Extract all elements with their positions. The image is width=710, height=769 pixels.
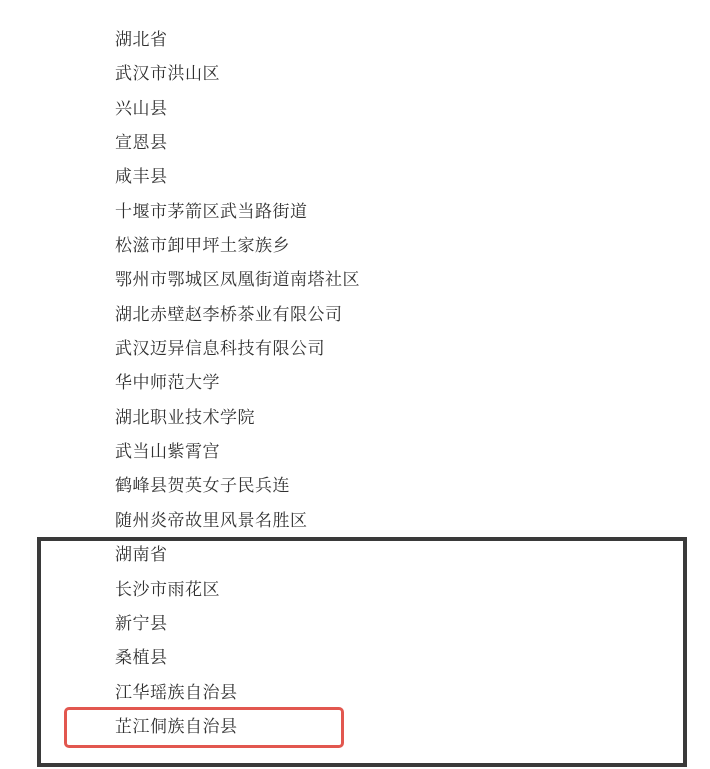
list-item: 新宁县 [0,607,710,641]
list-item: 松滋市卸甲坪土家族乡 [0,229,710,263]
list-item: 鄂州市鄂城区凤凰街道南塔社区 [0,263,710,297]
list-item: 长沙市雨花区 [0,573,710,607]
list-item: 武汉市洪山区 [0,57,710,91]
list-item: 十堰市茅箭区武当路街道 [0,195,710,229]
list-item: 随州炎帝故里风景名胜区 [0,504,710,538]
list-item: 华中师范大学 [0,366,710,400]
list-item: 鹤峰县贺英女子民兵连 [0,469,710,503]
list-item: 湖北省 [0,23,710,57]
list-item: 芷江侗族自治县 [0,710,710,744]
list-item: 湖南省 [0,538,710,572]
list-item: 兴山县 [0,92,710,126]
list-item: 宣恩县 [0,126,710,160]
list-item: 桑植县 [0,641,710,675]
list-item: 武汉迈异信息科技有限公司 [0,332,710,366]
region-list: 湖北省武汉市洪山区兴山县宣恩县咸丰县十堰市茅箭区武当路街道松滋市卸甲坪土家族乡鄂… [0,23,710,744]
list-item: 湖北职业技术学院 [0,401,710,435]
list-item: 武当山紫霄宫 [0,435,710,469]
list-item: 湖北赤壁赵李桥茶业有限公司 [0,298,710,332]
list-item: 江华瑶族自治县 [0,676,710,710]
document-page: 湖北省武汉市洪山区兴山县宣恩县咸丰县十堰市茅箭区武当路街道松滋市卸甲坪土家族乡鄂… [0,0,710,769]
list-item: 咸丰县 [0,160,710,194]
